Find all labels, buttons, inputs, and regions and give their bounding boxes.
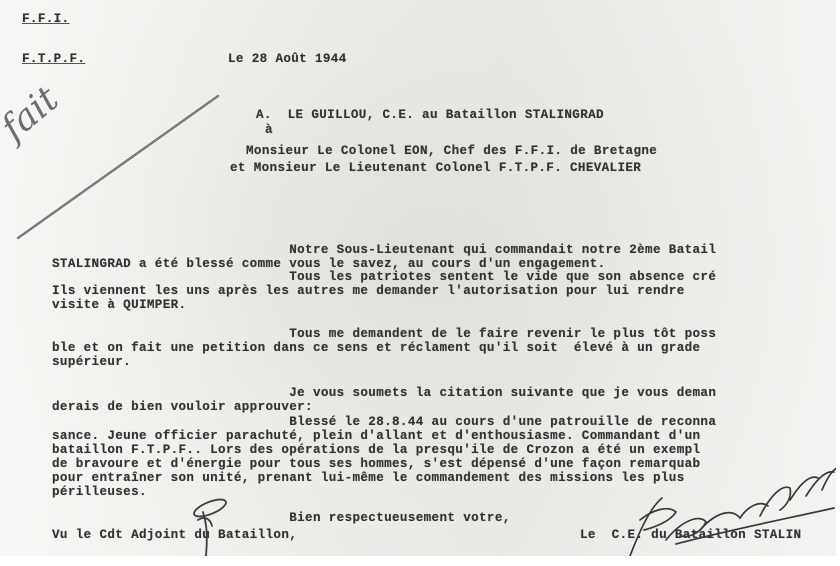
- body-line: sance. Jeune officier parachuté, plein d…: [52, 429, 700, 443]
- footer-right: Le C.E. du Bataillon STALIN: [580, 528, 801, 542]
- body-line: de bravoure et d'énergie pour tous ses h…: [52, 457, 700, 471]
- recipient-line-2: et Monsieur Le Lieutenant Colonel F.T.P.…: [230, 161, 641, 175]
- org-ffi: F.F.I.: [22, 12, 69, 26]
- scan-edge-right: [836, 0, 840, 566]
- body-line: supérieur.: [52, 355, 131, 369]
- body-line: Tous les patriotes sentent le vide que s…: [52, 270, 716, 284]
- recipient-line-1: Monsieur Le Colonel EON, Chef des F.F.I.…: [246, 144, 657, 158]
- footer-left: Vu le Cdt Adjoint du Bataillon,: [52, 528, 297, 542]
- sender-line: A. LE GUILLOU, C.E. au Bataillon STALING…: [256, 108, 604, 122]
- body-line: Ils viennent les uns après les autres me…: [52, 284, 685, 298]
- body-line: Je vous soumets la citation suivante que…: [52, 386, 716, 400]
- body-line: Tous me demandent de le faire revenir le…: [52, 327, 716, 341]
- letter-date: Le 28 Août 1944: [228, 52, 347, 66]
- body-line: périlleuses.: [52, 485, 147, 499]
- body-line: ble et on fait une petition dans ce sens…: [52, 341, 700, 355]
- org-ftpf: F.T.P.F.: [22, 52, 85, 66]
- body-line: Notre Sous-Lieutenant qui commandait not…: [52, 243, 716, 257]
- body-line: derais de bien vouloir approuver:: [52, 400, 313, 414]
- body-line: Blessé le 28.8.44 au cours d'une patroui…: [52, 415, 716, 429]
- body-line: Bien respectueusement votre,: [52, 511, 511, 525]
- body-line: bataillon F.T.P.F.. Lors des opérations …: [52, 443, 700, 457]
- scan-edge-bottom: [0, 556, 840, 566]
- body-line: STALINGRAD a été blessé comme vous le sa…: [52, 257, 606, 271]
- recipient-marker: à: [265, 123, 273, 137]
- body-line: visite à QUIMPER.: [52, 298, 186, 312]
- body-line: pour entraîner son unité, prenant lui-mê…: [52, 471, 685, 485]
